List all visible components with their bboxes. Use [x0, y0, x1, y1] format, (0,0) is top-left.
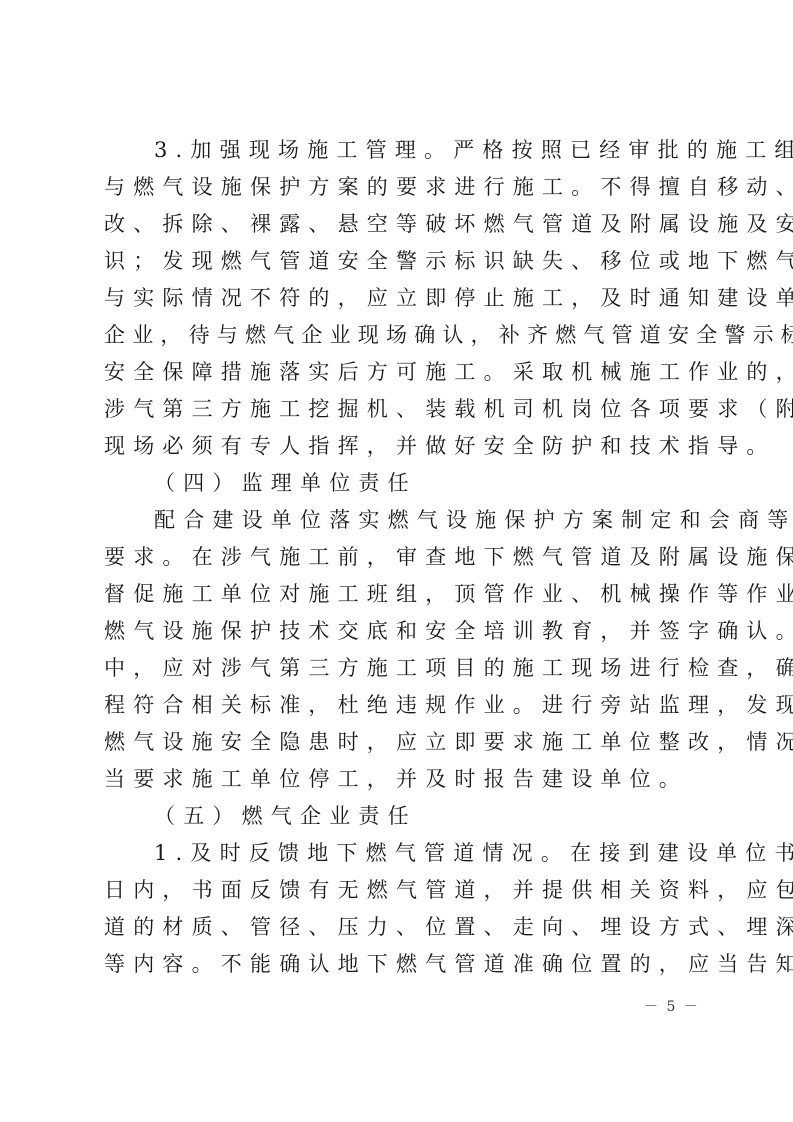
paragraph-line: 日内，书面反馈有无燃气管道，并提供相关资料，应包括燃气管	[104, 872, 694, 909]
paragraph-line: 3.加强现场施工管理。严格按照已经审批的施工组织设计	[104, 132, 694, 169]
paragraph-line: 企业，待与燃气企业现场确认，补齐燃气管道安全警示标志标识，	[104, 317, 694, 354]
paragraph-line: 1.及时反馈地下燃气管道情况。在接到建设单位书面咨询3	[104, 835, 694, 872]
paragraph-line: 现场必须有专人指挥，并做好安全防护和技术指导。	[104, 428, 694, 465]
document-page: 3.加强现场施工管理。严格按照已经审批的施工组织设计 与燃气设施保护方案的要求进…	[0, 0, 793, 1122]
paragraph-line: 程符合相关标准，杜绝违规作业。进行旁站监理，发现存在危及	[104, 687, 694, 724]
section-heading: （五）燃气企业责任	[104, 798, 694, 835]
paragraph-line: 等内容。不能确认地下燃气管道准确位置的，应当告知并配合建	[104, 946, 694, 983]
paragraph-line: 改、拆除、裸露、悬空等破坏燃气管道及附属设施及安全警示标	[104, 206, 694, 243]
paragraph-line: 与燃气设施保护方案的要求进行施工。不得擅自移动、覆盖、涂	[104, 169, 694, 206]
paragraph-line: 燃气设施保护技术交底和安全培训教育，并签字确认。工程施工	[104, 613, 694, 650]
paragraph-line: 配合建设单位落实燃气设施保护方案制定和会商等有关	[104, 502, 694, 539]
paragraph-line: 涉气第三方施工挖掘机、装载机司机岗位各项要求（附件4），	[104, 391, 694, 428]
document-body: 3.加强现场施工管理。严格按照已经审批的施工组织设计 与燃气设施保护方案的要求进…	[104, 132, 694, 983]
paragraph-line: 当要求施工单位停工，并及时报告建设单位。	[104, 761, 694, 798]
paragraph-line: 与实际情况不符的，应立即停止施工，及时通知建设单位和燃气	[104, 280, 694, 317]
page-number: － 5 －	[640, 996, 704, 1016]
paragraph-line: 安全保障措施落实后方可施工。采取机械施工作业的，严格落实	[104, 354, 694, 391]
paragraph-line: 燃气设施安全隐患时，应立即要求施工单位整改，情况严重的应	[104, 724, 694, 761]
paragraph-line: 道的材质、管径、压力、位置、走向、埋设方式、埋深（标高）	[104, 909, 694, 946]
paragraph-line: 识；发现燃气管道安全警示标识缺失、移位或地下燃气管道资料	[104, 243, 694, 280]
paragraph-line: 中，应对涉气第三方施工项目的施工现场进行检查，确保施工过	[104, 650, 694, 687]
paragraph-line: 要求。在涉气施工前，审查地下燃气管道及附属设施保护措施，	[104, 539, 694, 576]
section-heading: （四）监理单位责任	[104, 465, 694, 502]
paragraph-line: 督促施工单位对施工班组，顶管作业、机械操作等作业人员进行	[104, 576, 694, 613]
